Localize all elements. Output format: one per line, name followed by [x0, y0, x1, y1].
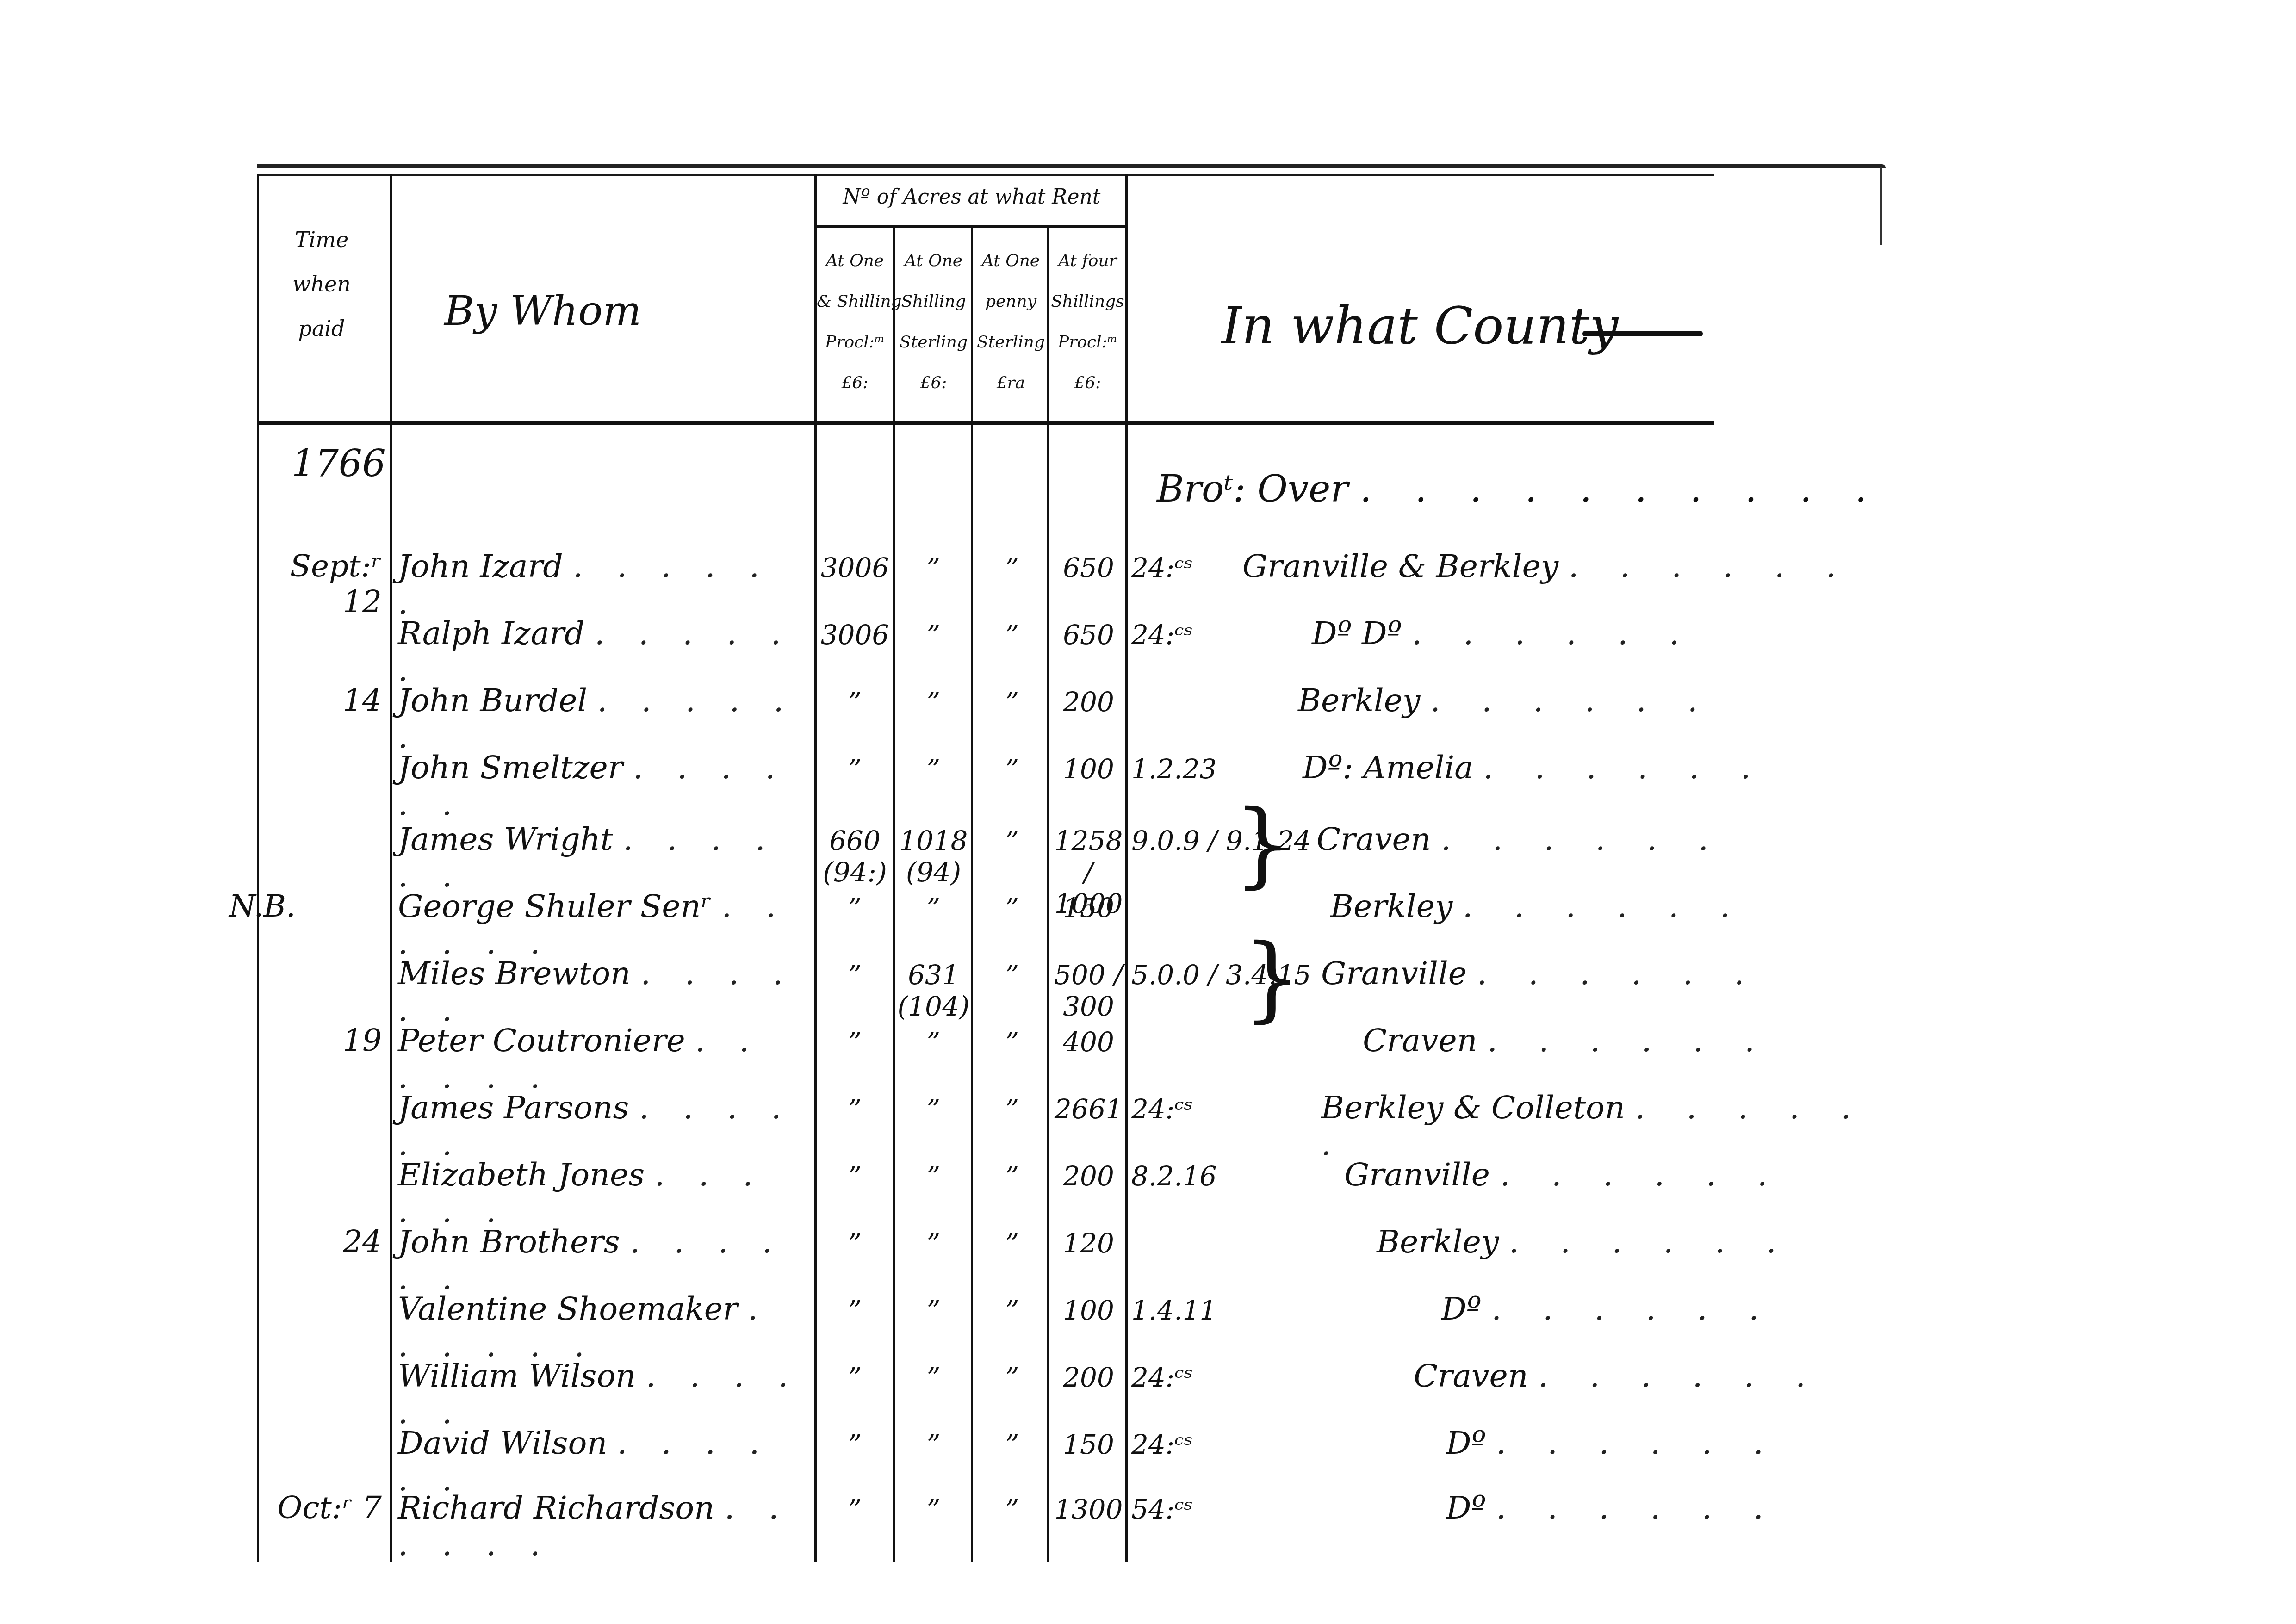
row-name-text: James Parsons — [398, 1090, 629, 1126]
row-acres-one-shilling-procl: ” — [817, 1160, 893, 1192]
row-county: Berkley . . . . . . — [1298, 682, 1713, 719]
row-name-text: James Wright — [398, 821, 613, 858]
row-name-text: Richard Richardson — [398, 1490, 714, 1526]
row-acres-one-shilling-procl: ” — [817, 753, 893, 785]
row-county-text: Craven — [1316, 821, 1431, 858]
header-by-whom: By Whom — [444, 287, 641, 335]
row-acres-one-shilling-procl: 3006 — [817, 552, 893, 583]
ledger-row: 14 John Burdel . . . . . . ” ” ” 200 Ber… — [257, 673, 1886, 738]
row-county: Dº . . . . . . — [1446, 1490, 1779, 1526]
row-county: Dº Dº . . . . . . — [1312, 615, 1695, 652]
subheader-line: Sterling — [973, 322, 1049, 363]
row-name-text: John Smeltzer — [398, 750, 623, 786]
row-name-text: William Wilson — [398, 1358, 636, 1395]
row-acres-one-shilling-sterling: ” — [895, 619, 972, 651]
row-acres-one-penny: ” — [974, 753, 1050, 785]
row-acres-one-penny: ” — [974, 1160, 1050, 1192]
subheader-line: At four — [1049, 241, 1126, 281]
row-name-text: George Shuler Senʳ — [398, 888, 712, 925]
row-acres-four-shillings: 150 — [1050, 1429, 1127, 1460]
leader-dots: . . . . . . — [1430, 682, 1713, 719]
row-county-text: Granville — [1321, 955, 1467, 992]
row-county-text: Berkley — [1298, 682, 1420, 719]
row-county: Dº . . . . . . — [1441, 1291, 1775, 1327]
row-acres-four-shillings: 100 — [1050, 753, 1127, 785]
row-acres-one-shilling-procl: ” — [817, 1227, 893, 1259]
row-acres-one-shilling-sterling: ” — [895, 1093, 972, 1125]
row-acres-one-penny: ” — [974, 825, 1050, 856]
leader-dots: . . . . . . — [1412, 615, 1695, 652]
row-name: Richard Richardson . . . . . . — [398, 1490, 805, 1563]
ledger-row: James Wright . . . . . . 660 (94:) 1018 … — [257, 812, 1886, 877]
row-county: Craven . . . . . . — [1316, 821, 1724, 858]
row-county-text: Granville & Berkley — [1242, 548, 1558, 585]
subheader-line: Sterling — [895, 322, 972, 363]
row-county: Craven . . . . . . — [1414, 1358, 1821, 1395]
row-name-text: David Wilson — [398, 1425, 607, 1462]
row-name-text: Valentine Shoemaker — [398, 1291, 738, 1327]
subheader-line: At One — [817, 241, 893, 281]
row-date: Oct:ʳ 7 — [257, 1490, 382, 1525]
subheader-line: At One — [973, 241, 1049, 281]
top-rule — [257, 174, 1714, 176]
row-acres-one-penny: ” — [974, 686, 1050, 718]
subheader-line: £6: — [817, 363, 893, 403]
row-acres-one-shilling-procl: ” — [817, 686, 893, 718]
leader-dots: . . . . . . — [1509, 1224, 1792, 1260]
row-acres-one-shilling-sterling: 1018 (94) — [895, 825, 972, 888]
row-acres-one-shilling-procl: ” — [817, 1093, 893, 1125]
leader-dots: . . . . . . — [1483, 750, 1767, 786]
header-bottom-rule — [257, 421, 1714, 425]
header-time-line: paid — [271, 306, 372, 351]
row-acres-one-shilling-procl: ” — [817, 1429, 893, 1460]
header-acres-one-shilling-sterling: At One Shilling Sterling £6: — [895, 241, 972, 403]
row-acres-one-shilling-sterling: ” — [895, 1362, 972, 1393]
page-right-edge — [1880, 167, 1882, 245]
row-rate: 24:ᶜˢ — [1131, 552, 1193, 583]
year-label: 1766 — [292, 442, 386, 485]
row-acres-one-shilling-sterling: ” — [895, 1227, 972, 1259]
leader-dots: . . . . . . — [1441, 821, 1724, 858]
row-acres-one-penny: ” — [974, 1227, 1050, 1259]
ledger-row: Miles Brewton . . . . . . ” 631 (104) ” … — [257, 946, 1886, 1011]
row-acres-one-penny: ” — [974, 959, 1050, 991]
ledger-row: William Wilson . . . . . . ” ” ” 200 24:… — [257, 1349, 1886, 1413]
leader-dots: . . . . . . — [1491, 1291, 1775, 1327]
ledger-row: Sept:ʳ 12 John Izard . . . . . . 3006 ” … — [257, 539, 1886, 604]
brace-icon: } — [1242, 932, 1301, 1025]
row-county: Craven . . . . . . — [1363, 1023, 1770, 1059]
header-flourish-dash — [1582, 331, 1703, 336]
row-acres-one-shilling-sterling: ” — [895, 1494, 972, 1525]
subheader-line: Procl:ᵐ — [1049, 322, 1126, 363]
row-acres-one-shilling-procl: ” — [817, 1494, 893, 1525]
brought-over: Broᵗ: Over . . . . . . . . . . — [1157, 467, 1882, 510]
row-rate: 8.2.16 — [1131, 1160, 1216, 1192]
header-time-when-paid: Time when paid — [271, 217, 372, 351]
row-county: Dº . . . . . . — [1446, 1425, 1779, 1462]
row-county: Berkley . . . . . . — [1330, 888, 1746, 925]
row-acres-four-shillings: 400 — [1050, 1026, 1127, 1058]
row-acres-four-shillings: 120 — [1050, 1227, 1127, 1259]
row-county-text: Berkley — [1377, 1224, 1499, 1260]
row-acres-one-penny: ” — [974, 1494, 1050, 1525]
ledger-row: Ralph Izard . . . . . . 3006 ” ” 650 24:… — [257, 606, 1886, 671]
header-in-what-county: In what County — [1222, 296, 1618, 355]
brought-over-label: Broᵗ: Over — [1157, 467, 1348, 510]
ledger-row: 19 Peter Coutroniere . . . . . . ” ” ” 4… — [257, 1013, 1886, 1078]
leader-dots: . . . . . . — [1487, 1023, 1770, 1059]
header-acres-group-label: Nº of Acres at what Rent — [843, 185, 1101, 209]
row-acres-one-shilling-procl: 3006 — [817, 619, 893, 651]
leader-dots: . . . . . . — [1500, 1157, 1783, 1193]
brace-icon: } — [1233, 798, 1292, 891]
row-county-text: Craven — [1363, 1023, 1477, 1059]
row-acres-one-penny: ” — [974, 1295, 1050, 1326]
row-acres-four-shillings: 200 — [1050, 1160, 1127, 1192]
subheader-line: Shilling — [895, 281, 972, 322]
row-acres-one-shilling-sterling: ” — [895, 552, 972, 583]
row-rate: 1.4.11 — [1131, 1295, 1216, 1326]
row-acres-one-shilling-procl: ” — [817, 892, 893, 924]
row-county: Dº: Amelia . . . . . . — [1303, 750, 1766, 786]
row-acres-one-shilling-sterling: ” — [895, 1295, 972, 1326]
row-acres-four-shillings: 150 — [1050, 892, 1127, 924]
row-rate: 24:ᶜˢ — [1131, 1093, 1193, 1125]
top-border — [257, 164, 1886, 168]
row-acres-one-shilling-procl: ” — [817, 1362, 893, 1393]
leader-dots: . . . . . . . . . . — [1360, 467, 1882, 510]
subheader-line: penny — [973, 281, 1049, 322]
row-name-text: Elizabeth Jones — [398, 1157, 645, 1193]
ledger-row: David Wilson . . . . . . ” ” ” 150 24:ᶜˢ… — [257, 1416, 1886, 1481]
row-rate: 24:ᶜˢ — [1131, 619, 1193, 651]
row-county-text: Craven — [1414, 1358, 1528, 1395]
row-rate: 1.2.23 — [1131, 753, 1216, 785]
row-acres-one-shilling-sterling: 631 (104) — [895, 959, 972, 1022]
row-acres-four-shillings: 100 — [1050, 1295, 1127, 1326]
row-acres-four-shillings: 200 — [1050, 686, 1127, 718]
header-acres-one-shilling-procl: At One & Shilling Procl:ᵐ £6: — [817, 241, 893, 403]
row-acres-four-shillings: 200 — [1050, 1362, 1127, 1393]
subheader-line: £6: — [1049, 363, 1126, 403]
subheader-line: £ra — [973, 363, 1049, 403]
leader-dots: . . . . . . — [1496, 1490, 1779, 1526]
row-acres-one-penny: ” — [974, 1093, 1050, 1125]
row-rate: 24:ᶜˢ — [1131, 1429, 1193, 1460]
row-date: N.B. — [229, 888, 322, 924]
row-acres-one-penny: ” — [974, 1362, 1050, 1393]
row-acres-four-shillings: 2661 — [1050, 1093, 1127, 1125]
subheader-line: £6: — [895, 363, 972, 403]
row-acres-one-penny: ” — [974, 1429, 1050, 1460]
row-county: Granville & Berkley . . . . . . — [1242, 548, 1852, 585]
header-time-line: Time — [271, 217, 372, 262]
ledger-row: Oct:ʳ 7 Richard Richardson . . . . . . ”… — [257, 1481, 1886, 1545]
row-name-text: Miles Brewton — [398, 955, 631, 992]
row-county-text: Dº — [1446, 1490, 1486, 1526]
row-acres-one-shilling-sterling: ” — [895, 686, 972, 718]
header-acres-one-penny-sterling: At One penny Sterling £ra — [973, 241, 1049, 403]
row-acres-one-shilling-sterling: ” — [895, 1026, 972, 1058]
row-county: Granville . . . . . . — [1321, 955, 1760, 992]
ledger-row: Valentine Shoemaker . . . . . . ” ” ” 10… — [257, 1282, 1886, 1346]
row-name-text: Peter Coutroniere — [398, 1023, 685, 1059]
leader-dots: . . . . . . — [1496, 1425, 1779, 1462]
leader-dots: . . . . . . — [1463, 888, 1746, 925]
row-acres-one-penny: ” — [974, 1026, 1050, 1058]
ledger-row: Elizabeth Jones . . . . . . ” ” ” 200 8.… — [257, 1147, 1886, 1212]
subheader-line: At One — [895, 241, 972, 281]
row-acres-one-shilling-sterling: ” — [895, 753, 972, 785]
row-acres-four-shillings: 650 — [1050, 619, 1127, 651]
row-county: Granville . . . . . . — [1344, 1157, 1783, 1193]
ledger-row: James Parsons . . . . . . ” ” ” 2661 24:… — [257, 1080, 1886, 1145]
ledger-row: N.B. George Shuler Senʳ . . . . . . ” ” … — [257, 879, 1886, 944]
row-date: 14 — [257, 682, 382, 718]
leader-dots: . . . . . . — [1569, 548, 1852, 585]
row-acres-four-shillings: 1300 — [1050, 1494, 1127, 1525]
row-county-text: Dº Dº — [1312, 615, 1402, 652]
row-date: 19 — [257, 1023, 382, 1058]
row-county-text: Dº: Amelia — [1303, 750, 1473, 786]
row-county-text: Granville — [1344, 1157, 1490, 1193]
subheader-line: Procl:ᵐ — [817, 322, 893, 363]
row-acres-four-shillings: 650 — [1050, 552, 1127, 583]
header-time-line: when — [271, 262, 372, 306]
leader-dots: . . . . . . — [1477, 955, 1760, 992]
row-name-text: John Burdel — [398, 682, 587, 719]
header-acres-four-shillings-procl: At four Shillings Procl:ᵐ £6: — [1049, 241, 1126, 403]
row-acres-one-shilling-procl: ” — [817, 1295, 893, 1326]
subheader-line: & Shilling — [817, 281, 893, 322]
row-county-text: Dº — [1446, 1425, 1486, 1462]
row-acres-one-shilling-procl: ” — [817, 959, 893, 991]
ledger-row: 24 John Brothers . . . . . . ” ” ” 120 B… — [257, 1215, 1886, 1279]
row-rate: 24:ᶜˢ — [1131, 1362, 1193, 1393]
subheader-line: Shillings — [1049, 281, 1126, 322]
row-county: Berkley . . . . . . — [1377, 1224, 1792, 1260]
row-acres-one-shilling-sterling: ” — [895, 1160, 972, 1192]
row-county-text: Dº — [1441, 1291, 1482, 1327]
row-acres-one-penny: ” — [974, 892, 1050, 924]
row-acres-one-shilling-procl: ” — [817, 1026, 893, 1058]
row-county-text: Berkley & Colleton — [1321, 1090, 1625, 1126]
row-date: 24 — [257, 1224, 382, 1259]
leader-dots: . . . . . . — [1538, 1358, 1821, 1395]
row-acres-one-shilling-sterling: ” — [895, 1429, 972, 1460]
row-name-text: John Izard — [398, 548, 563, 585]
header-acres-group: Nº of Acres at what Rent — [821, 185, 1122, 209]
row-county-text: Berkley — [1330, 888, 1452, 925]
ledger-row: John Smeltzer . . . . . . ” ” ” 100 1.2.… — [257, 740, 1886, 805]
row-acres-one-penny: ” — [974, 619, 1050, 651]
row-acres-four-shillings: 500 / 300 — [1050, 959, 1127, 1022]
row-acres-one-shilling-procl: 660 (94:) — [817, 825, 893, 888]
row-name-text: Ralph Izard — [398, 615, 584, 652]
row-rate: 54:ᶜˢ — [1131, 1494, 1193, 1525]
row-acres-one-penny: ” — [974, 552, 1050, 583]
row-acres-one-shilling-sterling: ” — [895, 892, 972, 924]
row-name-text: John Brothers — [398, 1224, 620, 1260]
